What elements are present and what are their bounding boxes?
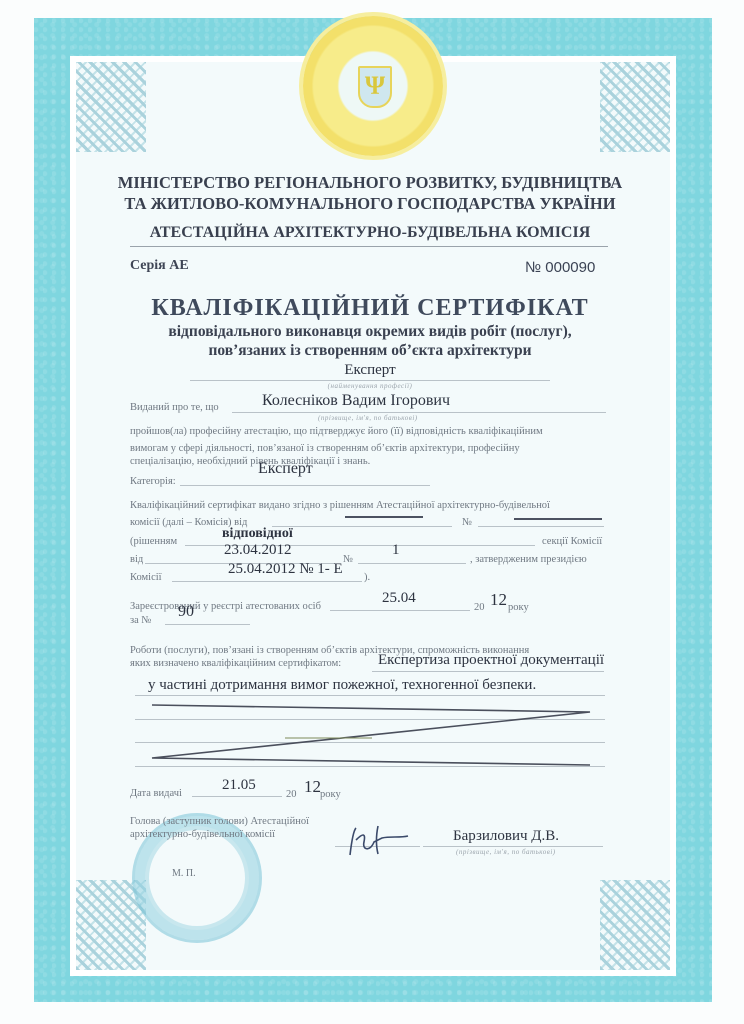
commission-label: Комісії bbox=[130, 569, 162, 586]
section-suffix: секції Комісії bbox=[542, 533, 602, 550]
signature-mark bbox=[340, 820, 420, 860]
section-value: відповідної bbox=[222, 526, 293, 542]
registry-no-label: за № bbox=[130, 612, 151, 629]
certificate-subtitle-2: пов’язаних із створенням об’єкта архітек… bbox=[100, 341, 640, 360]
from-no-label: № bbox=[343, 551, 353, 568]
decision-label: (рішенням bbox=[130, 533, 177, 550]
coat-of-arms-icon: Ψ bbox=[358, 66, 392, 108]
category-value: Експерт bbox=[258, 460, 313, 478]
strike-line bbox=[345, 516, 423, 518]
field-line bbox=[190, 380, 550, 381]
issue-year-prefix: 20 bbox=[286, 786, 297, 803]
signer-name: Барзилович Д.В. bbox=[453, 828, 559, 845]
commission-value: 25.04.2012 № 1- Е bbox=[228, 561, 343, 578]
works-value1: Експертиза проектної документації bbox=[378, 652, 604, 669]
profession-value: Експерт bbox=[100, 362, 640, 379]
category-label: Категорія: bbox=[130, 473, 176, 490]
registry-no-value: 90 bbox=[178, 603, 194, 621]
signer-caption: (прізвище, ім'я, по батькові) bbox=[456, 848, 556, 856]
field-line bbox=[135, 695, 605, 696]
profession-caption: (найменування професії) bbox=[100, 382, 640, 390]
field-line bbox=[423, 846, 603, 847]
certificate-subtitle-1: відповідального виконавця окремих видів … bbox=[100, 322, 640, 341]
certificate-title: КВАЛІФІКАЦІЙНИЙ СЕРТИФІКАТ bbox=[100, 295, 640, 322]
corner-ornament bbox=[600, 62, 670, 152]
works-line2: яких визначено кваліфікаційним сертифіка… bbox=[130, 655, 341, 672]
registry-label: Зареєстрований у реєстрі атестованих осі… bbox=[130, 598, 321, 615]
issued-label: Виданий про те, що bbox=[130, 399, 219, 416]
field-line bbox=[192, 796, 282, 797]
registry-year-prefix: 20 bbox=[474, 599, 485, 616]
registry-date-value: 25.04 bbox=[382, 590, 416, 607]
field-line bbox=[180, 485, 430, 486]
z-strikeout bbox=[140, 700, 600, 770]
holder-name-caption: (прізвище, ім'я, по батькові) bbox=[318, 414, 418, 422]
issue-year-suffix: року bbox=[320, 786, 341, 803]
statement-line3: спеціалізацію, необхідний рівень кваліфі… bbox=[130, 453, 370, 470]
decision-line1: Кваліфікаційний сертифікат видано згідно… bbox=[130, 497, 550, 514]
works-value2: у частині дотримання вимог пожежної, тех… bbox=[148, 677, 536, 694]
field-line bbox=[372, 671, 604, 672]
from-label: від bbox=[130, 551, 143, 568]
from-value: 23.04.2012 bbox=[224, 542, 292, 559]
field-line bbox=[272, 526, 452, 527]
field-line bbox=[478, 526, 604, 527]
signer-role-line2: архітектурно-будівельної комісії bbox=[130, 826, 275, 843]
decision-close: ). bbox=[364, 569, 370, 586]
commission-name: АТЕСТАЦІЙНА АРХІТЕКТУРНО-БУДІВЕЛЬНА КОМІ… bbox=[100, 224, 640, 242]
series-label: Серія АЕ bbox=[130, 258, 189, 274]
divider bbox=[130, 246, 608, 247]
corner-ornament bbox=[600, 880, 670, 970]
statement-line1: пройшов(ла) професійну атестацію, що під… bbox=[130, 423, 543, 440]
strike-line bbox=[514, 518, 602, 520]
approved-label: , затвердженим президією bbox=[470, 551, 587, 568]
registry-year-value: 12 bbox=[490, 590, 507, 610]
field-line bbox=[165, 624, 250, 625]
from-no-value: 1 bbox=[392, 542, 400, 559]
field-line bbox=[172, 581, 362, 582]
issue-date-label: Дата видачі bbox=[130, 785, 182, 802]
field-line bbox=[330, 610, 470, 611]
registry-year-suffix: року bbox=[508, 599, 529, 616]
decision-no-label: № bbox=[462, 514, 472, 531]
issue-year-value: 12 bbox=[304, 777, 321, 797]
ministry-name-line1: МІНІСТЕРСТВО РЕГІОНАЛЬНОГО РОЗВИТКУ, БУД… bbox=[100, 172, 640, 194]
holder-name: Колесніков Вадим Ігорович bbox=[262, 392, 450, 410]
issue-date-value: 21.05 bbox=[222, 777, 256, 794]
ministry-name-line2: ТА ЖИТЛОВО-КОМУНАЛЬНОГО ГОСПОДАРСТВА УКР… bbox=[100, 193, 640, 215]
field-line bbox=[358, 563, 466, 564]
field-line bbox=[232, 412, 606, 413]
certificate-number: № 000090 bbox=[525, 259, 595, 276]
stamp-label: М. П. bbox=[172, 865, 196, 882]
corner-ornament bbox=[76, 62, 146, 152]
